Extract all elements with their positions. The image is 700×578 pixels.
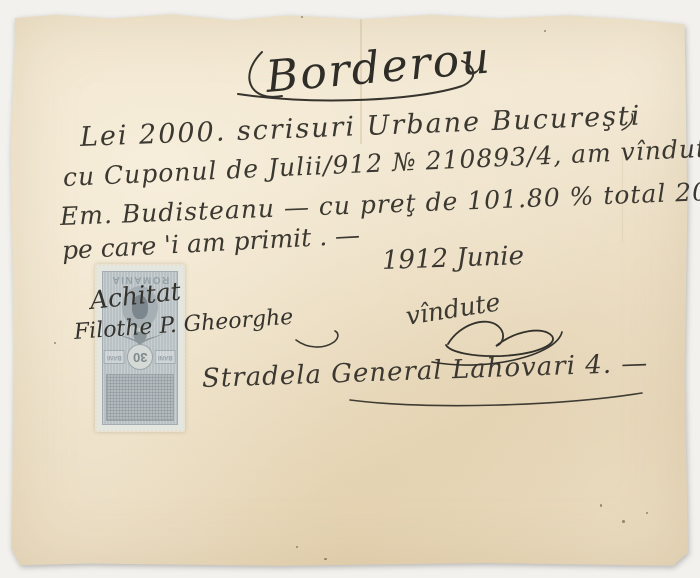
stamp-value-row: BANI 30 BANI — [104, 344, 175, 370]
handwritten-date: 1912 Junie — [381, 241, 524, 276]
stamp-bani-left-label: BANI — [104, 350, 125, 364]
foxing-speck — [296, 546, 298, 548]
foxing-speck — [54, 342, 56, 344]
stamp-value-number: 30 — [133, 350, 147, 365]
stamp-bani-right-label: BANI — [155, 350, 176, 364]
foxing-speck — [622, 520, 625, 523]
foxing-speck — [301, 16, 303, 18]
foxing-speck — [324, 558, 327, 560]
stamp-engraved-pattern — [106, 374, 174, 421]
foxing-speck — [646, 512, 648, 514]
foxing-speck — [600, 504, 602, 507]
foxing-speck — [544, 30, 546, 32]
stamp-value-circle: 30 — [127, 344, 153, 370]
